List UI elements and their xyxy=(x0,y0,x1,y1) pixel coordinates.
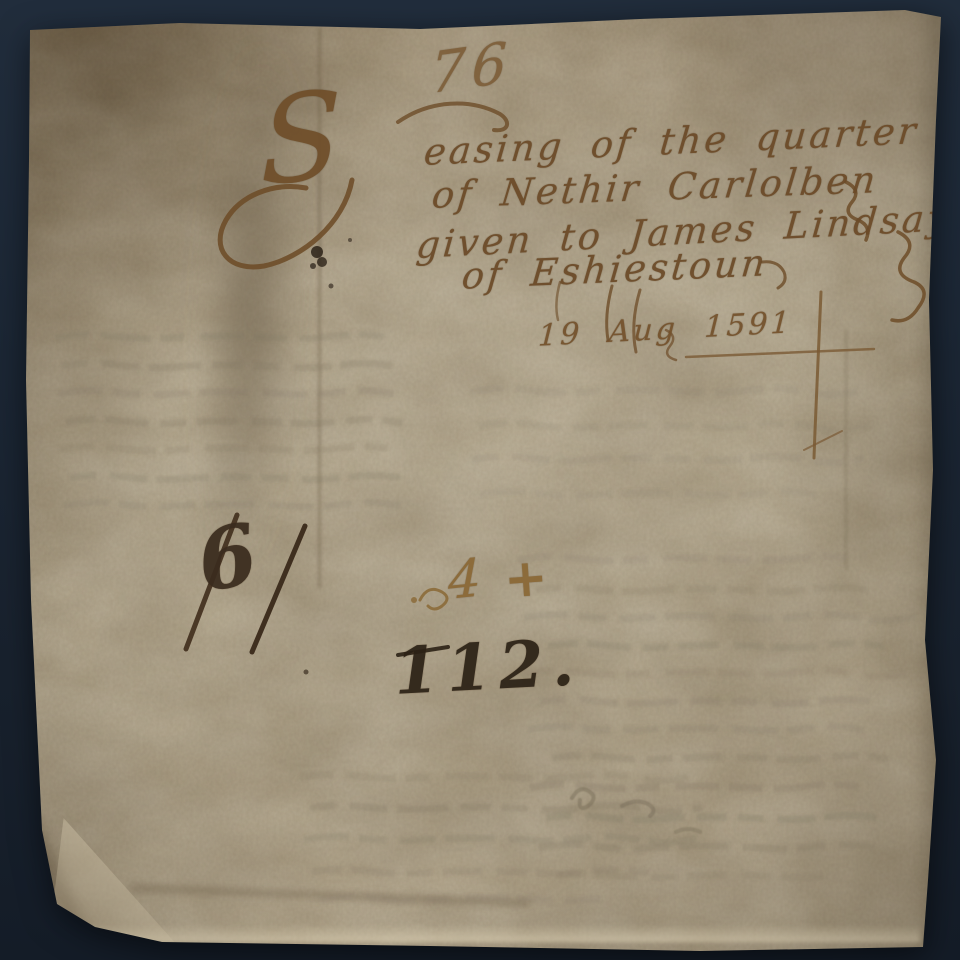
initial-top-swash xyxy=(398,104,507,131)
tally-squiggle xyxy=(411,589,447,609)
photo-background: 76 S easing of the quarter of Nethir Car… xyxy=(0,0,960,960)
tally-plus-sign: + xyxy=(502,547,550,611)
parchment-document: 76 S easing of the quarter of Nethir Car… xyxy=(0,0,960,960)
ink-blot xyxy=(304,238,353,675)
line3-flourish xyxy=(892,232,924,321)
tally-number-four: 4 xyxy=(448,548,481,612)
inscription-initial: S xyxy=(260,65,342,213)
archival-number: 76 xyxy=(429,30,514,108)
parchment-wrap: 76 S easing of the quarter of Nethir Car… xyxy=(0,0,960,960)
shelfmark-number-112: 112. xyxy=(392,625,584,710)
